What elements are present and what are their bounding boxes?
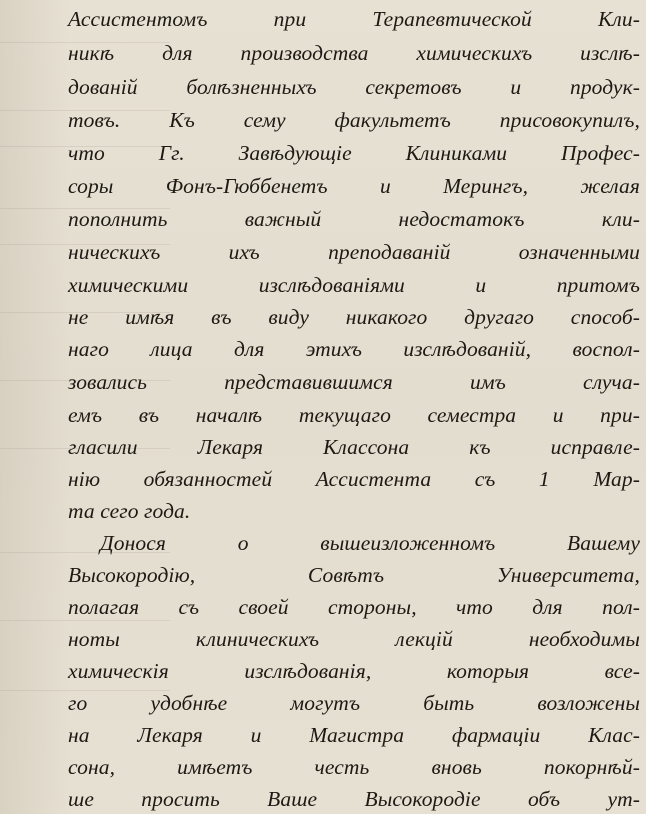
manuscript-line: наго лица для этихъ изслѣдованій, воспол… xyxy=(68,332,640,366)
manuscript-line: Высокородію, Совѣтъ Университета, xyxy=(68,558,640,592)
manuscript-line: дованій болѣзненныхъ секретовъ и продук- xyxy=(68,70,640,104)
manuscript-page: Ассистентомъ при Терапевтической Кли- ни… xyxy=(0,0,646,814)
manuscript-line: гласили Лекаря Классона къ исправле- xyxy=(68,430,640,464)
manuscript-line: сона, имѣетъ честь вновь покорнѣй- xyxy=(68,750,640,784)
paragraph-start-line: Донося о вышеизложенномъ Вашему xyxy=(100,526,640,560)
manuscript-line: ническихъ ихъ преподаваній означенными xyxy=(68,235,640,269)
manuscript-line: товъ. Къ сему факультетъ присовокупилъ, xyxy=(68,103,640,137)
manuscript-line: емъ въ началѣ текущаго семестра и при- xyxy=(68,398,640,432)
manuscript-line: полагая съ своей стороны, что для пол- xyxy=(68,590,640,624)
manuscript-line: ше просить Ваше Высокородіе объ ут- xyxy=(68,782,640,814)
manuscript-line: пополнить важный недостатокъ кли- xyxy=(68,202,640,236)
manuscript-line: зовались представившимся имъ случа- xyxy=(68,365,640,399)
manuscript-line: Ассистентомъ при Терапевтической Кли- xyxy=(68,2,640,36)
manuscript-line: ноты клиническихъ лекцій необходимы xyxy=(68,622,640,656)
manuscript-line: соры Фонъ-Гюббенетъ и Мерингъ, желая xyxy=(68,169,640,203)
manuscript-line: не имѣя въ виду никакого другаго способ- xyxy=(68,300,640,334)
manuscript-line: никѣ для производства химическихъ изслѣ- xyxy=(68,36,640,70)
manuscript-line: что Гг. Завѣдующіе Клиниками Профес- xyxy=(68,136,640,170)
manuscript-line: нію обязанностей Ассистента съ 1 Мар- xyxy=(68,462,640,496)
manuscript-line: го удобнѣе могутъ быть возложены xyxy=(68,686,640,720)
manuscript-line: химическими изслѣдованіями и притомъ xyxy=(68,268,640,302)
manuscript-line: та сего года. xyxy=(68,494,640,528)
manuscript-line: химическія изслѣдованія, которыя все- xyxy=(68,654,640,688)
manuscript-line: на Лекаря и Магистра фармаціи Клас- xyxy=(68,718,640,752)
